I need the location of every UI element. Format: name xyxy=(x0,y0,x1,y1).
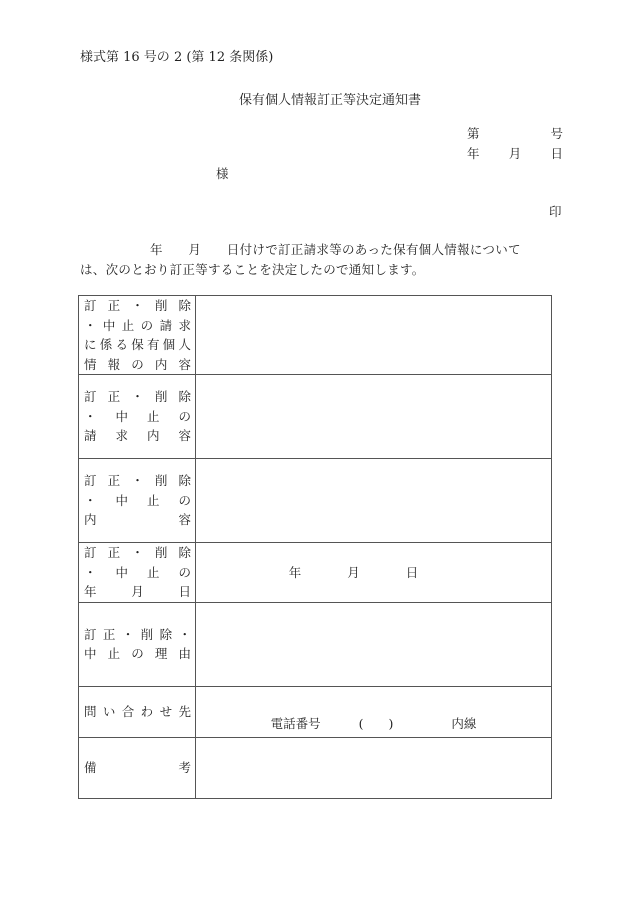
label-char: の xyxy=(178,491,191,511)
label-char: 止 xyxy=(147,491,160,511)
label-char: 正 xyxy=(108,543,121,563)
label-char: の xyxy=(178,563,191,583)
label-char: 個 xyxy=(163,335,176,355)
label-char: 合 xyxy=(122,702,135,722)
label-char: わ xyxy=(141,702,154,722)
label-char: ・ xyxy=(84,491,97,511)
issue-date-line: 年 月 日 xyxy=(467,144,563,162)
body-paragraph: 年 月 日付けで訂正請求等のあった保有個人情報について は、次のとおり訂正等する… xyxy=(80,240,562,280)
label-char: 理 xyxy=(155,644,168,664)
row-label-line: 備考 xyxy=(84,758,191,778)
number-prefix: 第 xyxy=(467,124,480,142)
label-char: の xyxy=(131,644,144,664)
label-char: 容 xyxy=(178,355,191,375)
label-char: 由 xyxy=(178,644,191,664)
label-char: 請 xyxy=(84,426,97,446)
number-suffix: 号 xyxy=(550,124,563,142)
label-char: 除 xyxy=(178,471,191,491)
label-char: 中 xyxy=(115,407,128,427)
label-char: 容 xyxy=(178,510,191,530)
day-label: 日 xyxy=(406,563,419,581)
day-label: 日 xyxy=(550,144,563,162)
row-value xyxy=(196,296,552,375)
label-char: 中 xyxy=(115,563,128,583)
label-char: 訂 xyxy=(84,471,97,491)
label-char: 削 xyxy=(141,625,154,645)
label-char: ・ xyxy=(131,543,144,563)
label-char: る xyxy=(115,335,128,355)
row-value: 年 月 日 xyxy=(196,543,552,603)
row-label-line: 訂正・削除 xyxy=(84,471,191,491)
label-char: 止 xyxy=(147,563,160,583)
row-label-line: 訂正・削除 xyxy=(84,543,191,563)
label-char: ・ xyxy=(84,407,97,427)
label-char: 請 xyxy=(160,316,173,336)
label-char: 止 xyxy=(108,644,121,664)
row-value xyxy=(196,375,552,459)
row-label-line: 訂正・削除・ xyxy=(84,625,191,645)
label-char: 正 xyxy=(108,471,121,491)
label-char: 先 xyxy=(178,702,191,722)
label-char: 中 xyxy=(115,491,128,511)
seal-mark: 印 xyxy=(549,202,562,220)
row-value: 電話番号 ( ) 内線 xyxy=(196,686,552,737)
label-char: 削 xyxy=(155,543,168,563)
row-label-line: ・中止の xyxy=(84,407,191,427)
label-char: の xyxy=(178,407,191,427)
label-char: の xyxy=(131,355,144,375)
label-char: ・ xyxy=(178,625,191,645)
extension-label: 内線 xyxy=(451,714,476,732)
body-line-1: 年 月 日付けで訂正請求等のあった保有個人情報について xyxy=(80,240,562,260)
row-label: 備考 xyxy=(79,737,196,798)
label-char: 月 xyxy=(131,582,144,602)
row-value xyxy=(196,459,552,543)
label-char: 訂 xyxy=(84,543,97,563)
row-value xyxy=(196,602,552,686)
label-char: 内 xyxy=(147,426,160,446)
year-label: 年 xyxy=(467,144,480,162)
label-char: 正 xyxy=(108,387,121,407)
label-char: 訂 xyxy=(84,387,97,407)
table-row-reason: 訂正・削除・中止の理由 xyxy=(79,602,552,686)
label-char: 訂 xyxy=(84,625,97,645)
label-char: 内 xyxy=(155,355,168,375)
row-label: 訂正・削除・中止の内容 xyxy=(79,459,196,543)
label-char: ・ xyxy=(84,563,97,583)
label-char: 備 xyxy=(84,758,97,778)
addressee-suffix: 様 xyxy=(216,164,229,182)
label-char: ・ xyxy=(131,471,144,491)
label-char: 報 xyxy=(108,355,121,375)
label-char: ・ xyxy=(131,387,144,407)
month-label: 月 xyxy=(509,144,522,162)
table-row-request-detail: 訂正・削除・中止の請求内容 xyxy=(79,375,552,459)
label-char: 年 xyxy=(84,582,97,602)
label-char: 除 xyxy=(178,296,191,316)
row-label-line: ・中止の請求 xyxy=(84,316,191,336)
row-label: 問い合わせ先 xyxy=(79,686,196,737)
row-label-line: ・中止の xyxy=(84,491,191,511)
document-number-line: 第 号 xyxy=(467,124,563,142)
label-char: 訂 xyxy=(84,296,97,316)
label-char: 容 xyxy=(178,426,191,446)
label-char: 正 xyxy=(103,625,116,645)
row-value xyxy=(196,737,552,798)
document-title: 保有個人情報訂正等決定通知書 xyxy=(0,89,630,108)
table-row-request-content: 訂正・削除・中止の請求に係る保有個人情報の内容 xyxy=(79,296,552,375)
table-row-correction-date: 訂正・削除・中止の年月日 年 月 日 xyxy=(79,543,552,603)
phone-area-code: ( ) xyxy=(359,714,394,732)
row-label-line: に係る保有個人 xyxy=(84,335,191,355)
year-label: 年 xyxy=(289,563,302,581)
row-label-line: 問い合わせ先 xyxy=(84,702,191,722)
table-row-contact: 問い合わせ先 電話番号 ( ) 内線 xyxy=(79,686,552,737)
label-char: 除 xyxy=(160,625,173,645)
label-char: ・ xyxy=(84,316,97,336)
row-label-line: 中止の理由 xyxy=(84,644,191,664)
row-label: 訂正・削除・中止の請求に係る保有個人情報の内容 xyxy=(79,296,196,375)
label-char: 削 xyxy=(155,387,168,407)
month-label: 月 xyxy=(347,563,360,581)
label-char: 問 xyxy=(84,702,97,722)
row-label: 訂正・削除・中止の理由 xyxy=(79,602,196,686)
row-label-line: 年月日 xyxy=(84,582,191,602)
label-char: 係 xyxy=(100,335,113,355)
label-char: せ xyxy=(160,702,173,722)
row-label-line: 内容 xyxy=(84,510,191,530)
label-char: に xyxy=(84,335,97,355)
label-char: 中 xyxy=(84,644,97,664)
label-char: の xyxy=(141,316,154,336)
row-label: 訂正・削除・中止の年月日 xyxy=(79,543,196,603)
row-label-line: 訂正・削除 xyxy=(84,296,191,316)
label-char: 正 xyxy=(108,296,121,316)
label-char: 人 xyxy=(178,335,191,355)
label-char: 日 xyxy=(178,582,191,602)
row-label-line: 訂正・削除 xyxy=(84,387,191,407)
decision-table: 訂正・削除・中止の請求に係る保有個人情報の内容 訂正・削除・中止の請求内容 訂正… xyxy=(78,295,552,799)
label-char: 求 xyxy=(115,426,128,446)
row-label-line: 請求内容 xyxy=(84,426,191,446)
body-line-2: は、次のとおり訂正等することを決定したので通知します。 xyxy=(80,260,562,280)
label-char: 止 xyxy=(122,316,135,336)
phone-label: 電話番号 xyxy=(271,714,321,732)
label-char: ・ xyxy=(122,625,135,645)
label-char: 除 xyxy=(178,387,191,407)
label-char: 中 xyxy=(103,316,116,336)
label-char: い xyxy=(103,702,116,722)
row-label-line: 情報の内容 xyxy=(84,355,191,375)
table-row-remarks: 備考 xyxy=(79,737,552,798)
label-char: ・ xyxy=(131,296,144,316)
label-char: 削 xyxy=(155,471,168,491)
label-char: 除 xyxy=(178,543,191,563)
label-char: 保 xyxy=(131,335,144,355)
label-char: 有 xyxy=(147,335,160,355)
label-char: 内 xyxy=(84,510,97,530)
label-char: 削 xyxy=(155,296,168,316)
label-char: 考 xyxy=(178,758,191,778)
row-label-line: ・中止の xyxy=(84,563,191,583)
label-char: 止 xyxy=(147,407,160,427)
label-char: 情 xyxy=(84,355,97,375)
row-label: 訂正・削除・中止の請求内容 xyxy=(79,375,196,459)
form-number: 様式第 16 号の 2 (第 12 条関係) xyxy=(80,46,273,65)
label-char: 求 xyxy=(178,316,191,336)
table-row-correction-content: 訂正・削除・中止の内容 xyxy=(79,459,552,543)
